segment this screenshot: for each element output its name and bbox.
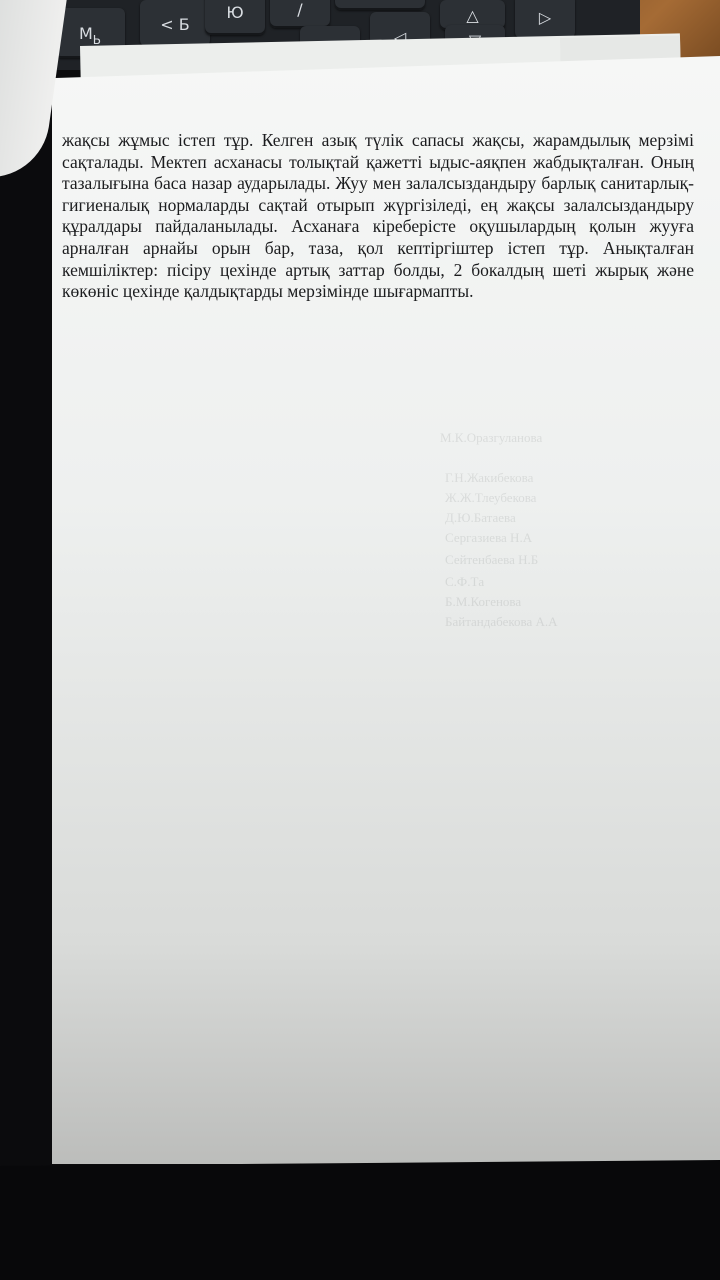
key-slash: / (270, 0, 330, 28)
key-label: / (297, 0, 302, 19)
bleed-through-name: М.К.Оразгуланова (440, 430, 542, 446)
dark-surface (0, 1160, 720, 1280)
bleed-through-name: Сейтенбаева Н.Б (445, 552, 538, 568)
document-paragraph: жақсы жұмыс істеп тұр. Келген азық түлік… (62, 130, 694, 303)
bleed-through-name: Сергазиева Н.А (445, 530, 532, 546)
key-yu: Ю (205, 0, 265, 35)
key-label: Б (179, 15, 190, 34)
bleed-through-name: Г.Н.Жакибекова (445, 470, 533, 486)
bleed-through-name: Д.Ю.Батаева (445, 510, 516, 526)
key-space (335, 0, 425, 10)
bleed-through-name: Б.М.Когенова (445, 594, 521, 610)
key-label: △ (466, 6, 478, 25)
bleed-through-name: С.Ф.Тa (445, 574, 484, 590)
key-label: < (160, 15, 173, 34)
key-label: Ю (226, 3, 243, 22)
bleed-through-name: Ж.Ж.Тлеубекова (445, 490, 536, 506)
bleed-through-name: Байтандабекова А.А (445, 614, 558, 630)
key-label: ▷ (539, 8, 551, 27)
key-label: М (79, 24, 93, 43)
key-less-than: < Б (140, 0, 210, 48)
arrow-right-key-icon: ▷ (515, 0, 575, 40)
